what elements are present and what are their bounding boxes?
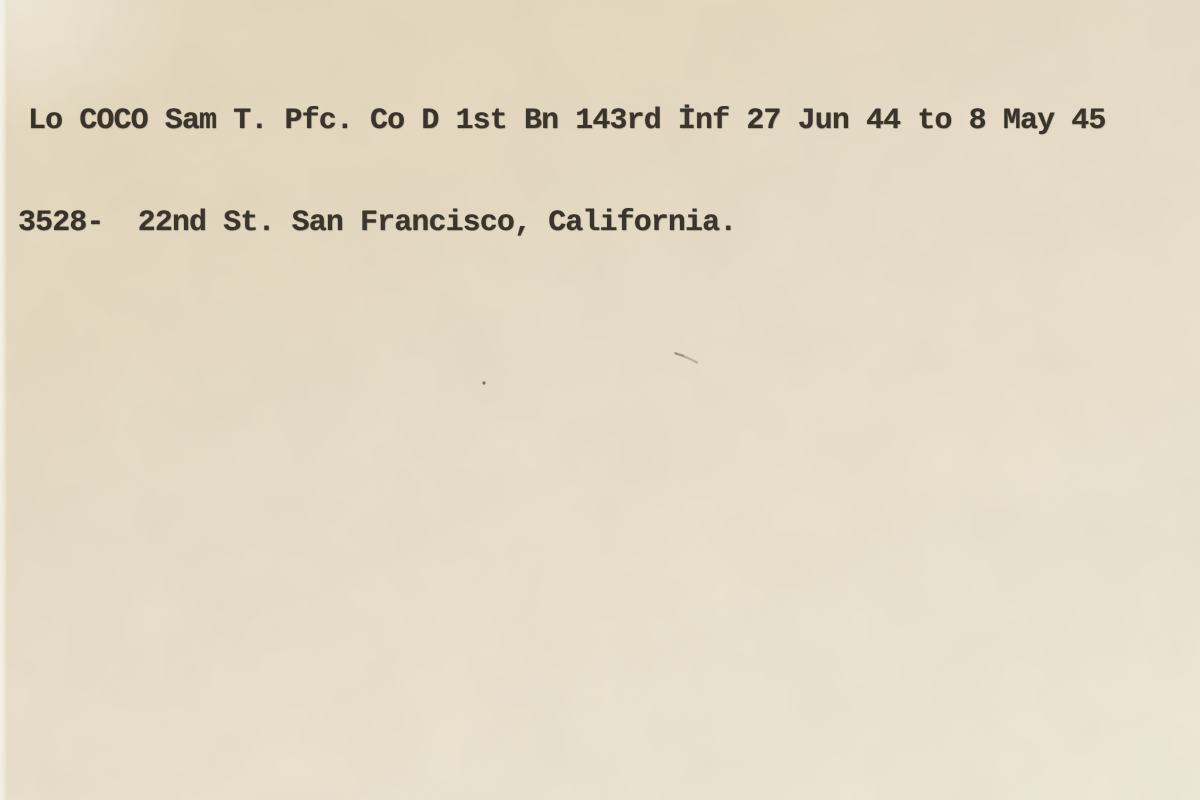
paper-speck	[482, 381, 485, 384]
typed-line-address: 3528- 22nd St. San Francisco, California…	[18, 206, 1106, 240]
typed-text-block: Lo COCO Sam T. Pfc. Co D 1st Bn 143rd İn…	[18, 36, 1106, 308]
scratch-mark	[675, 353, 697, 363]
scratch-mark-core	[676, 354, 683, 356]
scanned-index-card: Lo COCO Sam T. Pfc. Co D 1st Bn 143rd İn…	[0, 0, 1200, 800]
typed-line-service-record: Lo COCO Sam T. Pfc. Co D 1st Bn 143rd İn…	[18, 104, 1106, 138]
